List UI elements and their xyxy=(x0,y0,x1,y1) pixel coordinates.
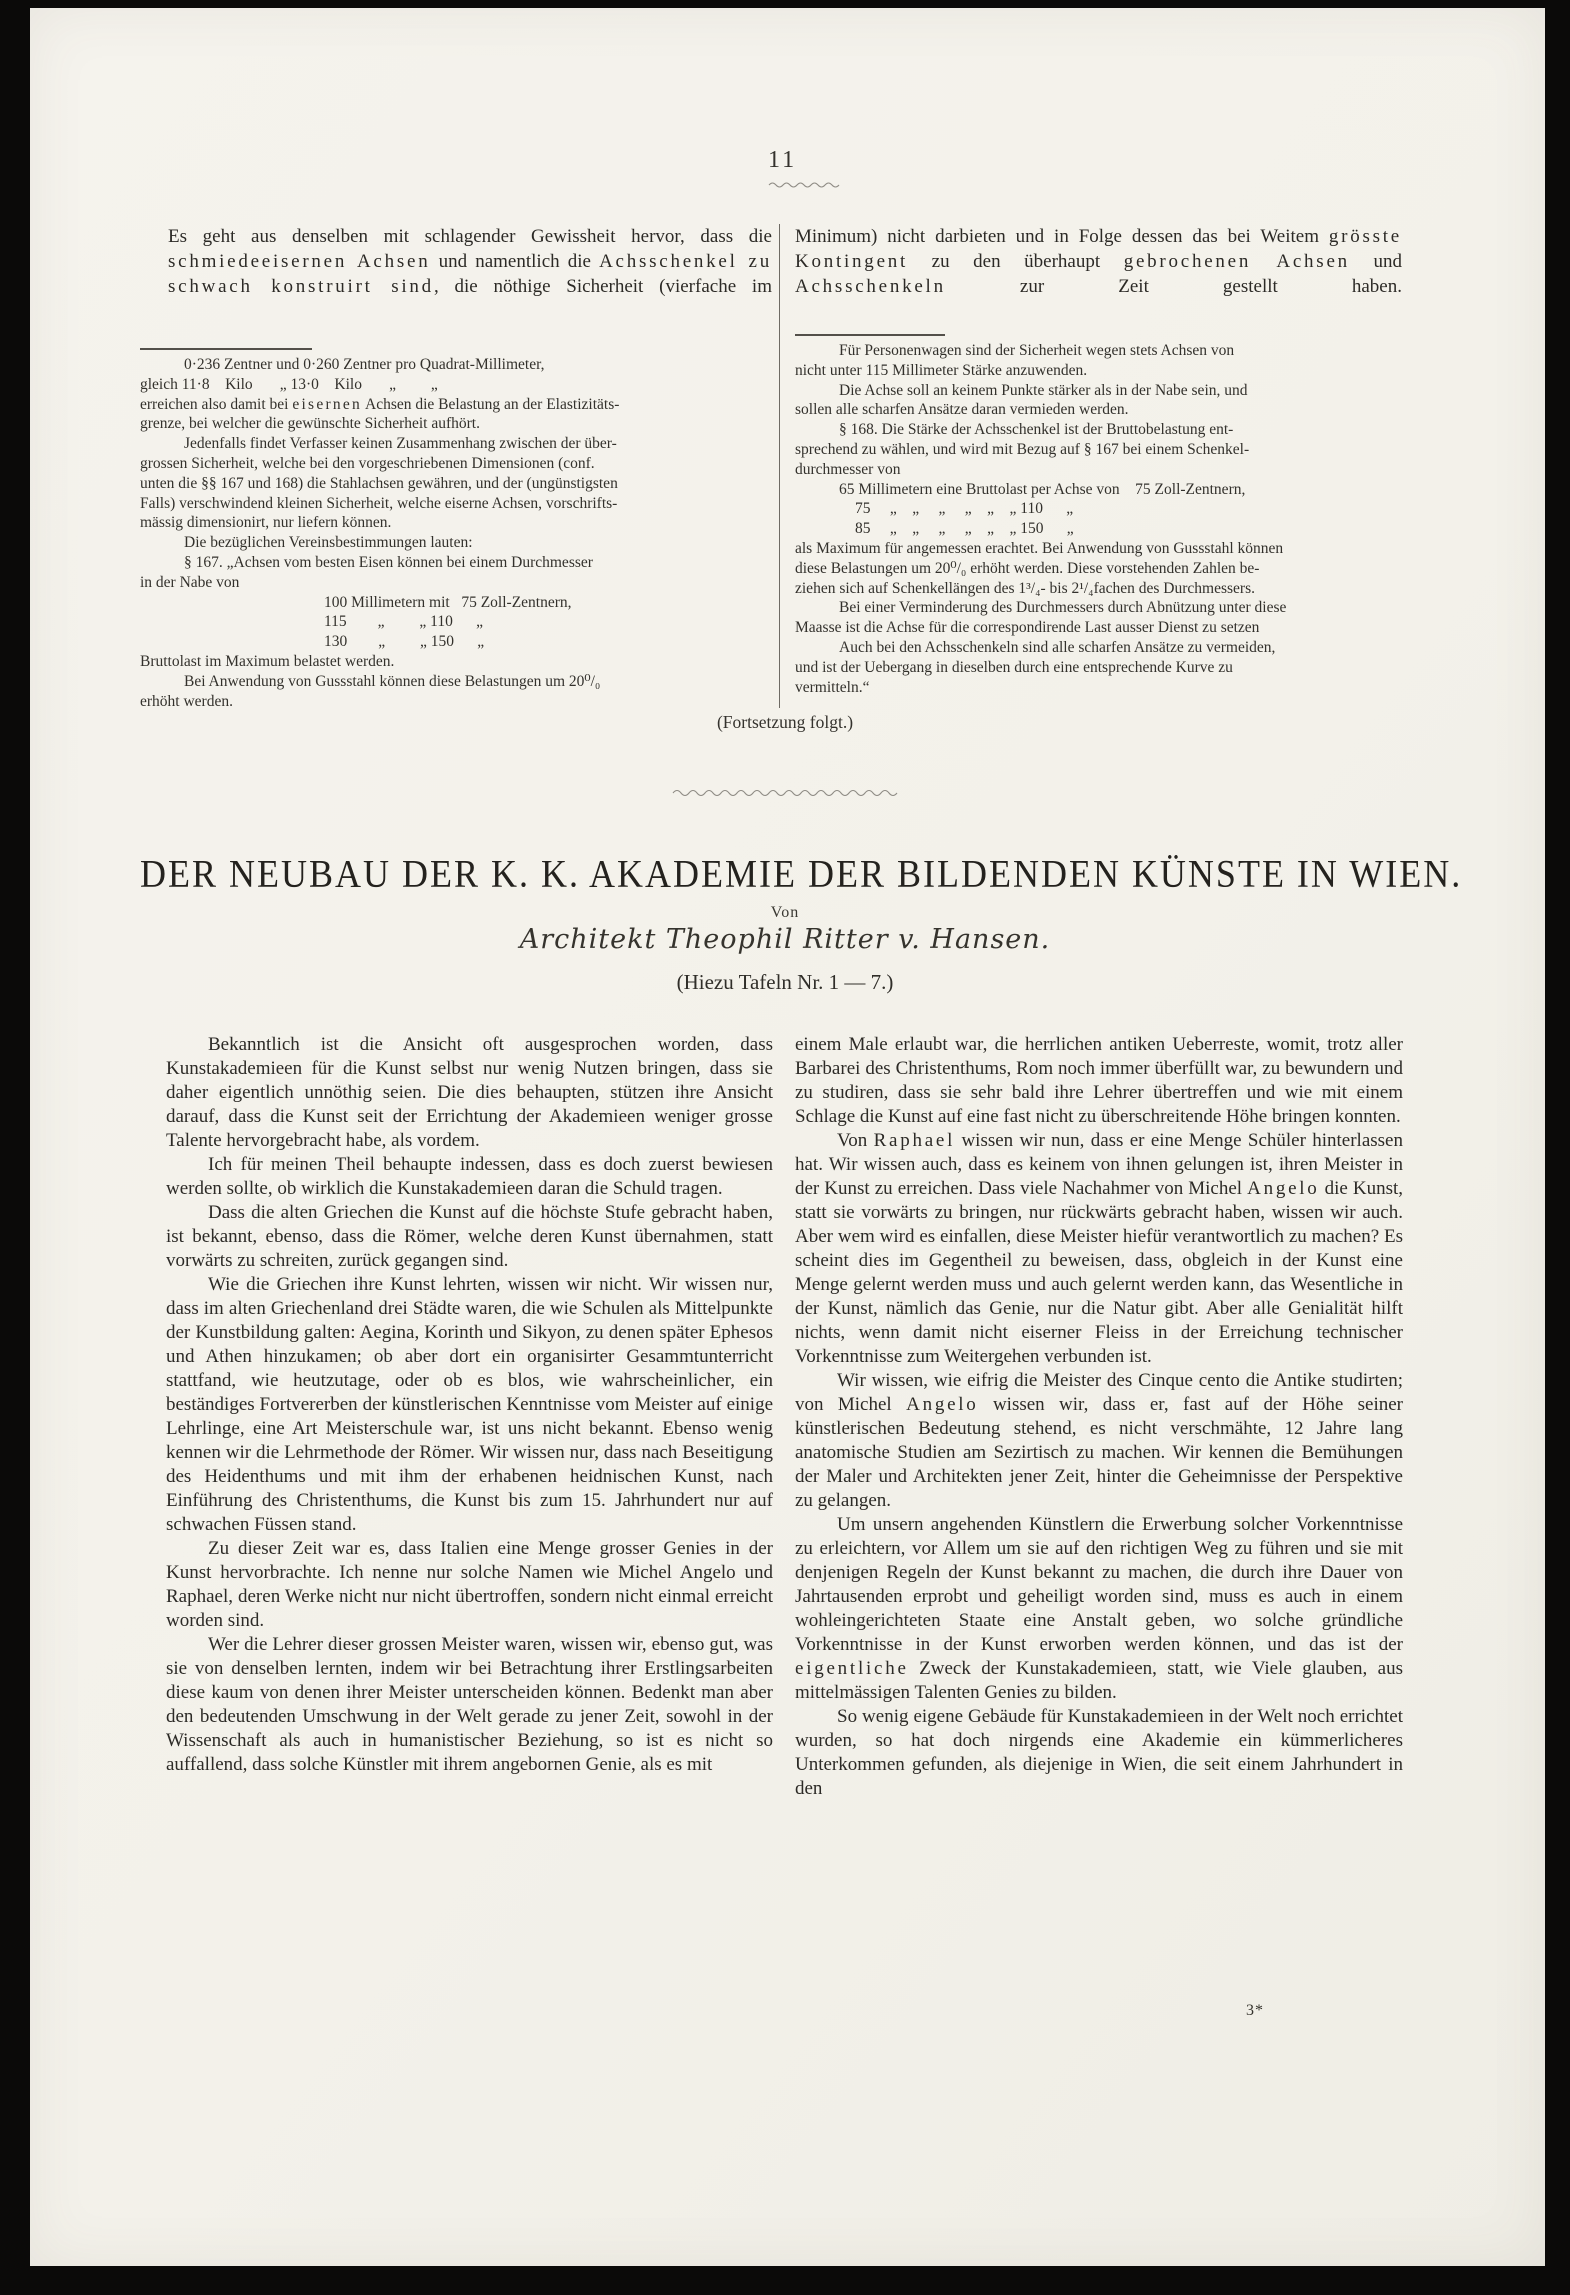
body-paragraph: So wenig eigene Gebäude für Kunstakademi… xyxy=(795,1705,1403,1801)
smalltext-line: durchmesser von xyxy=(795,460,1407,480)
body-paragraph: einem Male erlaubt war, die herrlichen a… xyxy=(795,1033,1403,1129)
smalltext-line: grenze, bei welcher die gewünschte Siche… xyxy=(140,414,772,434)
smalltext-line: Die bezüglichen Vereinsbestimmungen laut… xyxy=(140,533,772,553)
smalltext-line: in der Nabe von xyxy=(140,573,772,593)
body-paragraph: Um unsern angehenden Künstlern die Erwer… xyxy=(795,1513,1403,1705)
smalltext-line: Maasse ist die Achse für die correspondi… xyxy=(795,618,1407,638)
footnote-separator-left xyxy=(140,348,312,350)
smalltext-line: als Maximum für angemessen erachtet. Bei… xyxy=(795,539,1407,559)
smalltext-line: grossen Sicherheit, welche bei den vorge… xyxy=(140,454,772,474)
smalltext-line: erreichen also damit bei eisernen Achsen… xyxy=(140,395,772,415)
footnote-separator-right xyxy=(795,334,945,336)
smalltext-line: und ist der Uebergang in dieselben durch… xyxy=(795,658,1407,678)
body-paragraph: Ich für meinen Theil behaupte indessen, … xyxy=(166,1153,773,1201)
sheet-signature-mark: 3* xyxy=(1246,2002,1264,2020)
author-name: Architekt Theophil Ritter v. Hansen. xyxy=(140,924,1430,955)
smalltext-line: sollen alle scharfen Ansätze daran vermi… xyxy=(795,400,1407,420)
smalltext-line: gleich 11·8 Kilo „ 13·0 Kilo „ „ xyxy=(140,375,772,395)
article2-left-column: Bekanntlich ist die Ansicht oft ausgespr… xyxy=(166,1033,773,1777)
smalltext-line: sprechend zu wählen, und wird mit Bezug … xyxy=(795,440,1407,460)
smalltext-line: § 167. „Achsen vom besten Eisen können b… xyxy=(140,553,772,573)
article1-left-smalltext: 0·236 Zentner und 0·260 Zentner pro Quad… xyxy=(140,355,772,711)
smalltext-line: Bruttolast im Maximum belastet werden. xyxy=(140,652,772,672)
smalltext-line: Die Achse soll an keinem Punkte stärker … xyxy=(795,381,1407,401)
article-title: DER NEUBAU DER K. K. AKADEMIE DER BILDEN… xyxy=(140,850,1430,896)
smalltext-line: 75 „ „ „ „ „ „ 110 „ xyxy=(795,499,1407,519)
smalltext-line: unten die §§ 167 und 168) die Stahlachse… xyxy=(140,474,772,494)
section-divider-wavy-rule xyxy=(672,788,900,798)
body-paragraph: Zu dieser Zeit war es, dass Italien eine… xyxy=(166,1537,773,1633)
smalltext-line: 115 „ „ 110 „ xyxy=(140,612,772,632)
byline-label: Von xyxy=(140,904,1430,922)
smalltext-line: Auch bei den Achsschenkeln sind alle sch… xyxy=(795,638,1407,658)
smalltext-line: nicht unter 115 Millimeter Stärke anzuwe… xyxy=(795,361,1407,381)
smalltext-line: Jedenfalls findet Verfasser keinen Zusam… xyxy=(140,434,772,454)
smalltext-line: diese Belastungen um 20⁰/₀ erhöht werden… xyxy=(795,559,1407,579)
page-number-wavy-underline xyxy=(768,180,842,188)
page-number: 11 xyxy=(768,147,797,174)
column-divider-rule xyxy=(779,224,780,708)
smalltext-line: 100 Millimetern mit 75 Zoll-Zentnern, xyxy=(140,593,772,613)
smalltext-line: Für Personenwagen sind der Sicherheit we… xyxy=(795,341,1407,361)
smalltext-line: erhöht werden. xyxy=(140,692,772,712)
smalltext-line: 0·236 Zentner und 0·260 Zentner pro Quad… xyxy=(140,355,772,375)
plates-note: (Hiezu Tafeln Nr. 1 — 7.) xyxy=(140,970,1430,995)
smalltext-line: ziehen sich auf Schenkellängen des 1³/₄-… xyxy=(795,579,1407,599)
smalltext-line: § 168. Die Stärke der Achsschenkel ist d… xyxy=(795,420,1407,440)
article2-right-column: einem Male erlaubt war, die herrlichen a… xyxy=(795,1033,1403,1801)
body-paragraph: Von Raphael wissen wir nun, dass er eine… xyxy=(795,1129,1403,1369)
body-paragraph: Bekanntlich ist die Ansicht oft ausgespr… xyxy=(166,1033,773,1153)
body-paragraph: Wie die Griechen ihre Kunst lehrten, wis… xyxy=(166,1273,773,1537)
article1-left-intro: Es geht aus denselben mit schlagender Ge… xyxy=(168,224,772,299)
article1-right-smalltext: Für Personenwagen sind der Sicherheit we… xyxy=(795,341,1407,697)
article1-right-intro: Minimum) nicht darbieten und in Folge de… xyxy=(795,224,1402,299)
smalltext-line: 65 Millimetern eine Bruttolast per Achse… xyxy=(795,480,1407,500)
smalltext-line: Bei einer Verminderung des Durchmessers … xyxy=(795,598,1407,618)
body-paragraph: Dass die alten Griechen die Kunst auf di… xyxy=(166,1201,773,1273)
body-paragraph: Wir wissen, wie eifrig die Meister des C… xyxy=(795,1369,1403,1513)
continuation-note: (Fortsetzung folgt.) xyxy=(140,712,1430,733)
smalltext-line: 85 „ „ „ „ „ „ 150 „ xyxy=(795,519,1407,539)
scanned-page: 11 Es geht aus denselben mit schlagender… xyxy=(0,0,1570,2295)
smalltext-line: Falls) verschwindend kleinen Sicherheit,… xyxy=(140,494,772,514)
smalltext-line: Bei Anwendung von Gussstahl können diese… xyxy=(140,672,772,692)
body-paragraph: Wer die Lehrer dieser grossen Meister wa… xyxy=(166,1633,773,1777)
smalltext-line: vermitteln.“ xyxy=(795,678,1407,698)
smalltext-line: mässig dimensionirt, nur liefern können. xyxy=(140,513,772,533)
smalltext-line: 130 „ „ 150 „ xyxy=(140,632,772,652)
